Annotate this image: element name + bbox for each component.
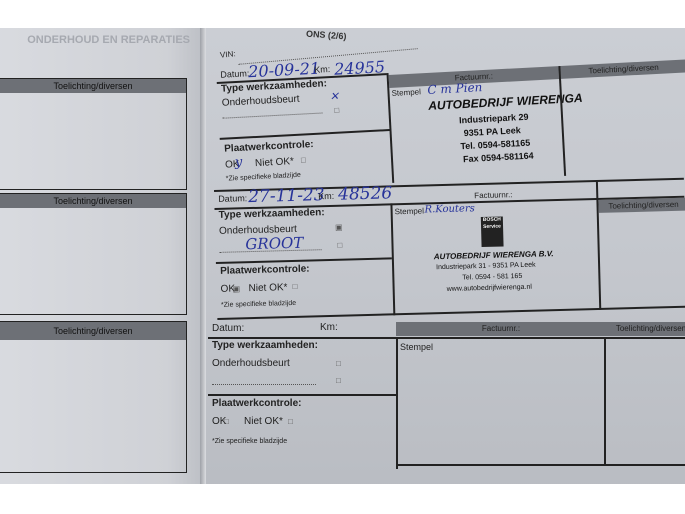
ok-checkbox[interactable]: ▣ xyxy=(232,284,240,293)
entry-2: Datum: 27-11-23 Km: 48526 Type werkzaamh… xyxy=(214,178,685,325)
notes-header-2: Toelichting/diversen xyxy=(0,194,186,208)
km-value: 48526 xyxy=(338,183,393,204)
maintenance-label: Onderhoudsbeurt xyxy=(222,94,300,109)
date-value: 27-11-23 xyxy=(248,185,325,207)
maintenance-checkbox[interactable]: □ xyxy=(336,359,341,368)
notes-box-2: Toelichting/diversen xyxy=(0,193,187,315)
notes-box-3: Toelichting/diversen xyxy=(0,321,187,473)
stamp-postal: 9351 PA Leek xyxy=(463,125,520,138)
maintenance-label: Onderhoudsbeurt xyxy=(212,358,290,369)
stamp-address: Industriepark 31 - 9351 PA Leek xyxy=(436,262,536,272)
footnote: *Zie specifieke bladzijde xyxy=(212,438,287,445)
notes-header: Toelichting/diversen xyxy=(598,198,685,213)
date-label: Datum: xyxy=(218,193,247,204)
notes-header: Toelichting/diversen xyxy=(558,59,685,79)
extra-checkbox[interactable]: □ xyxy=(337,241,342,250)
notes-header-1: Toelichting/diversen xyxy=(0,79,186,93)
entry-3: Datum: Km: Factuurnr.: Toelichting/diver… xyxy=(208,318,685,468)
notes-box-1: Toelichting/diversen xyxy=(0,78,187,190)
maintenance-checkbox[interactable]: ▣ xyxy=(335,223,343,232)
extra-line xyxy=(212,384,316,385)
stamp-company: AUTOBEDRIJF WIERENGA B.V. xyxy=(434,249,554,261)
stamp-tel: Tel. 0594 - 581 165 xyxy=(462,273,522,282)
extra-line xyxy=(223,112,323,118)
stamp-label: Stempel xyxy=(400,342,433,352)
not-ok-checkbox[interactable]: □ xyxy=(288,417,293,426)
stamp-address: Industriepark 29 xyxy=(459,112,529,126)
extra-checkbox[interactable]: □ xyxy=(336,376,341,385)
booklet-photo: ONDERHOUD EN REPARATIES Toelichting/dive… xyxy=(0,28,685,484)
km-label: Km: xyxy=(314,64,331,75)
notes-header: Toelichting/diversen xyxy=(606,322,685,336)
extra-checkbox[interactable]: □ xyxy=(334,106,339,115)
km-value: 24955 xyxy=(334,57,386,79)
km-label: Km: xyxy=(318,191,334,201)
bodywork-label: Plaatwerkcontrole: xyxy=(224,139,314,155)
left-page: ONDERHOUD EN REPARATIES Toelichting/dive… xyxy=(0,28,212,484)
maintenance-checkbox[interactable]: ✕ xyxy=(329,90,339,103)
work-type-label: Type werkzaamheden: xyxy=(212,340,318,351)
invoice-label: Factuurnr.: xyxy=(474,190,512,200)
date-label: Datum: xyxy=(220,68,249,80)
ok-checkbox[interactable]: y xyxy=(235,155,243,170)
not-ok-label: Niet OK* xyxy=(244,416,283,427)
stamp-signature: R.Kouters xyxy=(424,203,475,215)
footnote: *Zie specifieke bladzijde xyxy=(221,300,296,309)
work-type-label: Type werkzaamheden: xyxy=(219,207,325,221)
ghost-heading: ONDERHOUD EN REPARATIES xyxy=(27,34,190,46)
stamp-label: Stempel xyxy=(391,87,421,98)
invoice-header: Factuurnr.: xyxy=(396,322,606,336)
not-ok-label: Niet OK* xyxy=(248,282,287,294)
not-ok-label: Niet OK* xyxy=(255,156,294,169)
km-label: Km: xyxy=(320,322,338,333)
bosch-logo: BOSCH Service xyxy=(481,216,504,247)
not-ok-checkbox[interactable]: □ xyxy=(301,155,306,164)
stamp-label: Stempel xyxy=(395,207,425,217)
stamp-fax: Fax 0594-581164 xyxy=(463,151,534,165)
date-value: 20-09-21 xyxy=(248,59,321,82)
bodywork-label: Plaatwerkcontrole: xyxy=(220,264,310,277)
footnote: *Zie specifieke bladzijde xyxy=(226,172,301,183)
ok-checkbox[interactable]: □ xyxy=(224,417,229,426)
date-label: Datum: xyxy=(212,323,244,334)
stamp-signature: C m Pien xyxy=(427,80,483,97)
not-ok-checkbox[interactable]: □ xyxy=(292,282,297,291)
stamp-tel: Tel. 0594-581165 xyxy=(460,138,530,152)
stamp-web: www.autobedrijfwierenga.nl xyxy=(447,284,532,293)
bodywork-label: Plaatwerkcontrole: xyxy=(212,398,301,409)
vin-label: VIN: xyxy=(220,49,236,60)
notes-header-3: Toelichting/diversen xyxy=(0,322,186,340)
page-title: ONS (2/6) xyxy=(306,29,347,42)
